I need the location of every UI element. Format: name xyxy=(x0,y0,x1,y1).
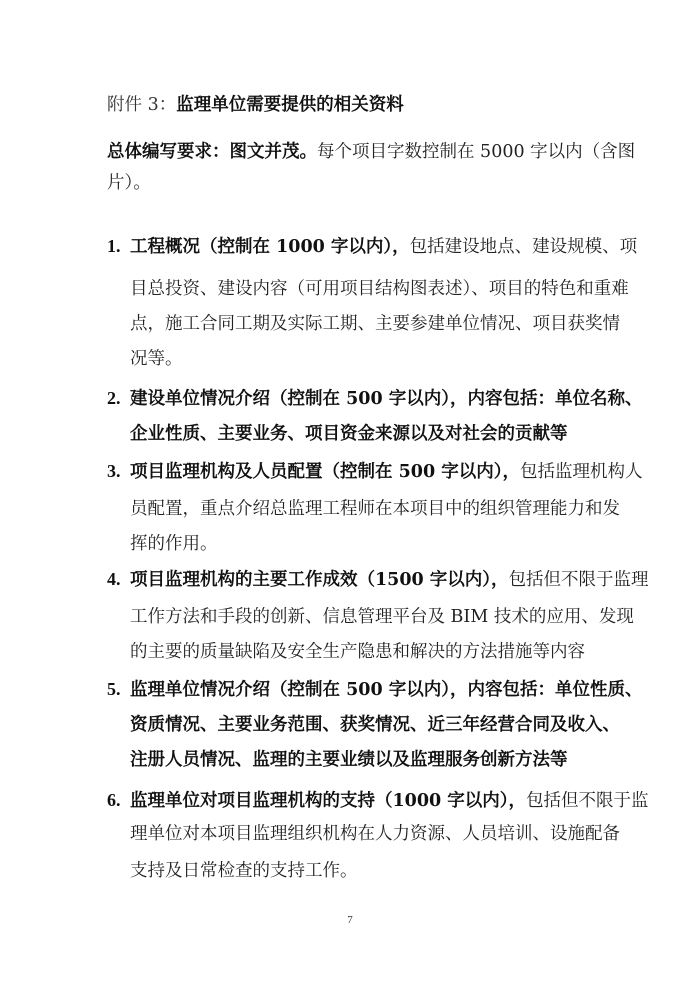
list-item-number: 1. xyxy=(107,231,130,261)
list-item-3-line-2: 员配置，重点介绍总监理工程师在本项目中的组织管理能力和发 xyxy=(130,494,593,524)
list-item-text: 目总投资、建设内容（可用项目结构图表述）、项目的特色和重难 xyxy=(130,279,629,299)
attachment-heading: 附件 3：监理单位需要提供的相关资料 xyxy=(107,90,404,120)
document-page: 附件 3：监理单位需要提供的相关资料 总体编写要求：图文并茂。每个项目字数控制在… xyxy=(0,0,700,989)
list-item-6-line-1: 6.监理单位对项目监理机构的支持（1000 字以内），包括但不限于监 xyxy=(107,785,593,815)
list-item-text: 况等。 xyxy=(130,349,183,369)
list-item-number: 4. xyxy=(107,564,130,594)
list-item-text: 包括但不限于监 xyxy=(526,791,649,811)
list-item-text: 包括但不限于监理 xyxy=(509,570,649,590)
list-item-6-line-2: 理单位对本项目监理组织机构在人力资源、人员培训、设施配备 xyxy=(130,819,593,849)
list-item-title: 资质情况、主要业务范围、获奖情况、近三年经营合同及收入、 xyxy=(130,715,620,735)
list-item-text: 工作方法和手段的创新、信息管理平台及 BIM 技术的应用、发现 xyxy=(130,607,634,627)
list-item-1-line-4: 况等。 xyxy=(130,344,593,374)
attachment-title: 监理单位需要提供的相关资料 xyxy=(176,95,404,115)
intro-requirement-bold: 总体编写要求：图文并茂。 xyxy=(107,142,317,162)
list-item-number: 5. xyxy=(107,674,130,704)
list-item-text: 包括监理机构人 xyxy=(520,462,643,482)
list-item-title: 项目监理机构及人员配置（控制在 500 字以内）， xyxy=(130,462,520,482)
list-item-5-line-1: 5.监理单位情况介绍（控制在 500 字以内），内容包括：单位性质、 xyxy=(107,674,593,704)
intro-line-2: 片）。 xyxy=(107,168,593,198)
list-item-4-line-2: 工作方法和手段的创新、信息管理平台及 BIM 技术的应用、发现 xyxy=(130,602,593,632)
list-item-3-line-3: 挥的作用。 xyxy=(130,529,593,559)
list-item-1-line-1: 1.工程概况（控制在 1000 字以内），包括建设地点、建设规模、项 xyxy=(107,231,593,261)
list-item-5-line-3: 注册人员情况、监理的主要业绩以及监理服务创新方法等 xyxy=(130,745,593,775)
list-item-4-line-1: 4.项目监理机构的主要工作成效（1500 字以内），包括但不限于监理 xyxy=(107,564,593,594)
list-item-text: 支持及日常检查的支持工作。 xyxy=(130,861,358,881)
attachment-label: 附件 3： xyxy=(107,95,176,115)
list-item-1-line-3: 点，施工合同工期及实际工期、主要参建单位情况、项目获奖情 xyxy=(130,309,593,339)
list-item-4-line-3: 的主要的质量缺陷及安全生产隐患和解决的方法措施等内容 xyxy=(130,637,593,667)
list-item-2-line-2: 企业性质、主要业务、项目资金来源以及对社会的贡献等 xyxy=(130,419,593,449)
intro-requirement-text: 每个项目字数控制在 5000 字以内（含图 xyxy=(317,142,635,162)
list-item-title: 项目监理机构的主要工作成效（1500 字以内）， xyxy=(130,570,509,590)
list-item-title: 工程概况（控制在 1000 字以内）， xyxy=(130,237,410,257)
list-item-number: 3. xyxy=(107,456,130,486)
list-item-text: 理单位对本项目监理组织机构在人力资源、人员培训、设施配备 xyxy=(130,824,620,844)
list-item-text: 点，施工合同工期及实际工期、主要参建单位情况、项目获奖情 xyxy=(130,314,620,334)
list-item-title: 建设单位情况介绍（控制在 500 字以内），内容包括：单位名称、 xyxy=(130,389,642,409)
list-item-title: 企业性质、主要业务、项目资金来源以及对社会的贡献等 xyxy=(130,424,568,444)
list-item-title: 监理单位情况介绍（控制在 500 字以内），内容包括：单位性质、 xyxy=(130,680,642,700)
list-item-text: 包括建设地点、建设规模、项 xyxy=(410,237,638,257)
page-number: 7 xyxy=(0,914,700,926)
list-item-text: 员配置，重点介绍总监理工程师在本项目中的组织管理能力和发 xyxy=(130,499,620,519)
list-item-3-line-1: 3.项目监理机构及人员配置（控制在 500 字以内），包括监理机构人 xyxy=(107,456,593,486)
list-item-text: 的主要的质量缺陷及安全生产隐患和解决的方法措施等内容 xyxy=(130,642,585,662)
intro-line-1: 总体编写要求：图文并茂。每个项目字数控制在 5000 字以内（含图 xyxy=(107,137,593,167)
list-item-5-line-2: 资质情况、主要业务范围、获奖情况、近三年经营合同及收入、 xyxy=(130,710,593,740)
list-item-number: 6. xyxy=(107,785,130,815)
list-item-number: 2. xyxy=(107,383,130,413)
list-item-1-line-2: 目总投资、建设内容（可用项目结构图表述）、项目的特色和重难 xyxy=(130,274,593,304)
intro-requirement-text-cont: 片）。 xyxy=(107,173,151,193)
list-item-6-line-3: 支持及日常检查的支持工作。 xyxy=(130,856,593,886)
list-item-2-line-1: 2.建设单位情况介绍（控制在 500 字以内），内容包括：单位名称、 xyxy=(107,383,593,413)
list-item-text: 挥的作用。 xyxy=(130,534,218,554)
list-item-title: 监理单位对项目监理机构的支持（1000 字以内）， xyxy=(130,791,526,811)
list-item-title: 注册人员情况、监理的主要业绩以及监理服务创新方法等 xyxy=(130,750,568,770)
